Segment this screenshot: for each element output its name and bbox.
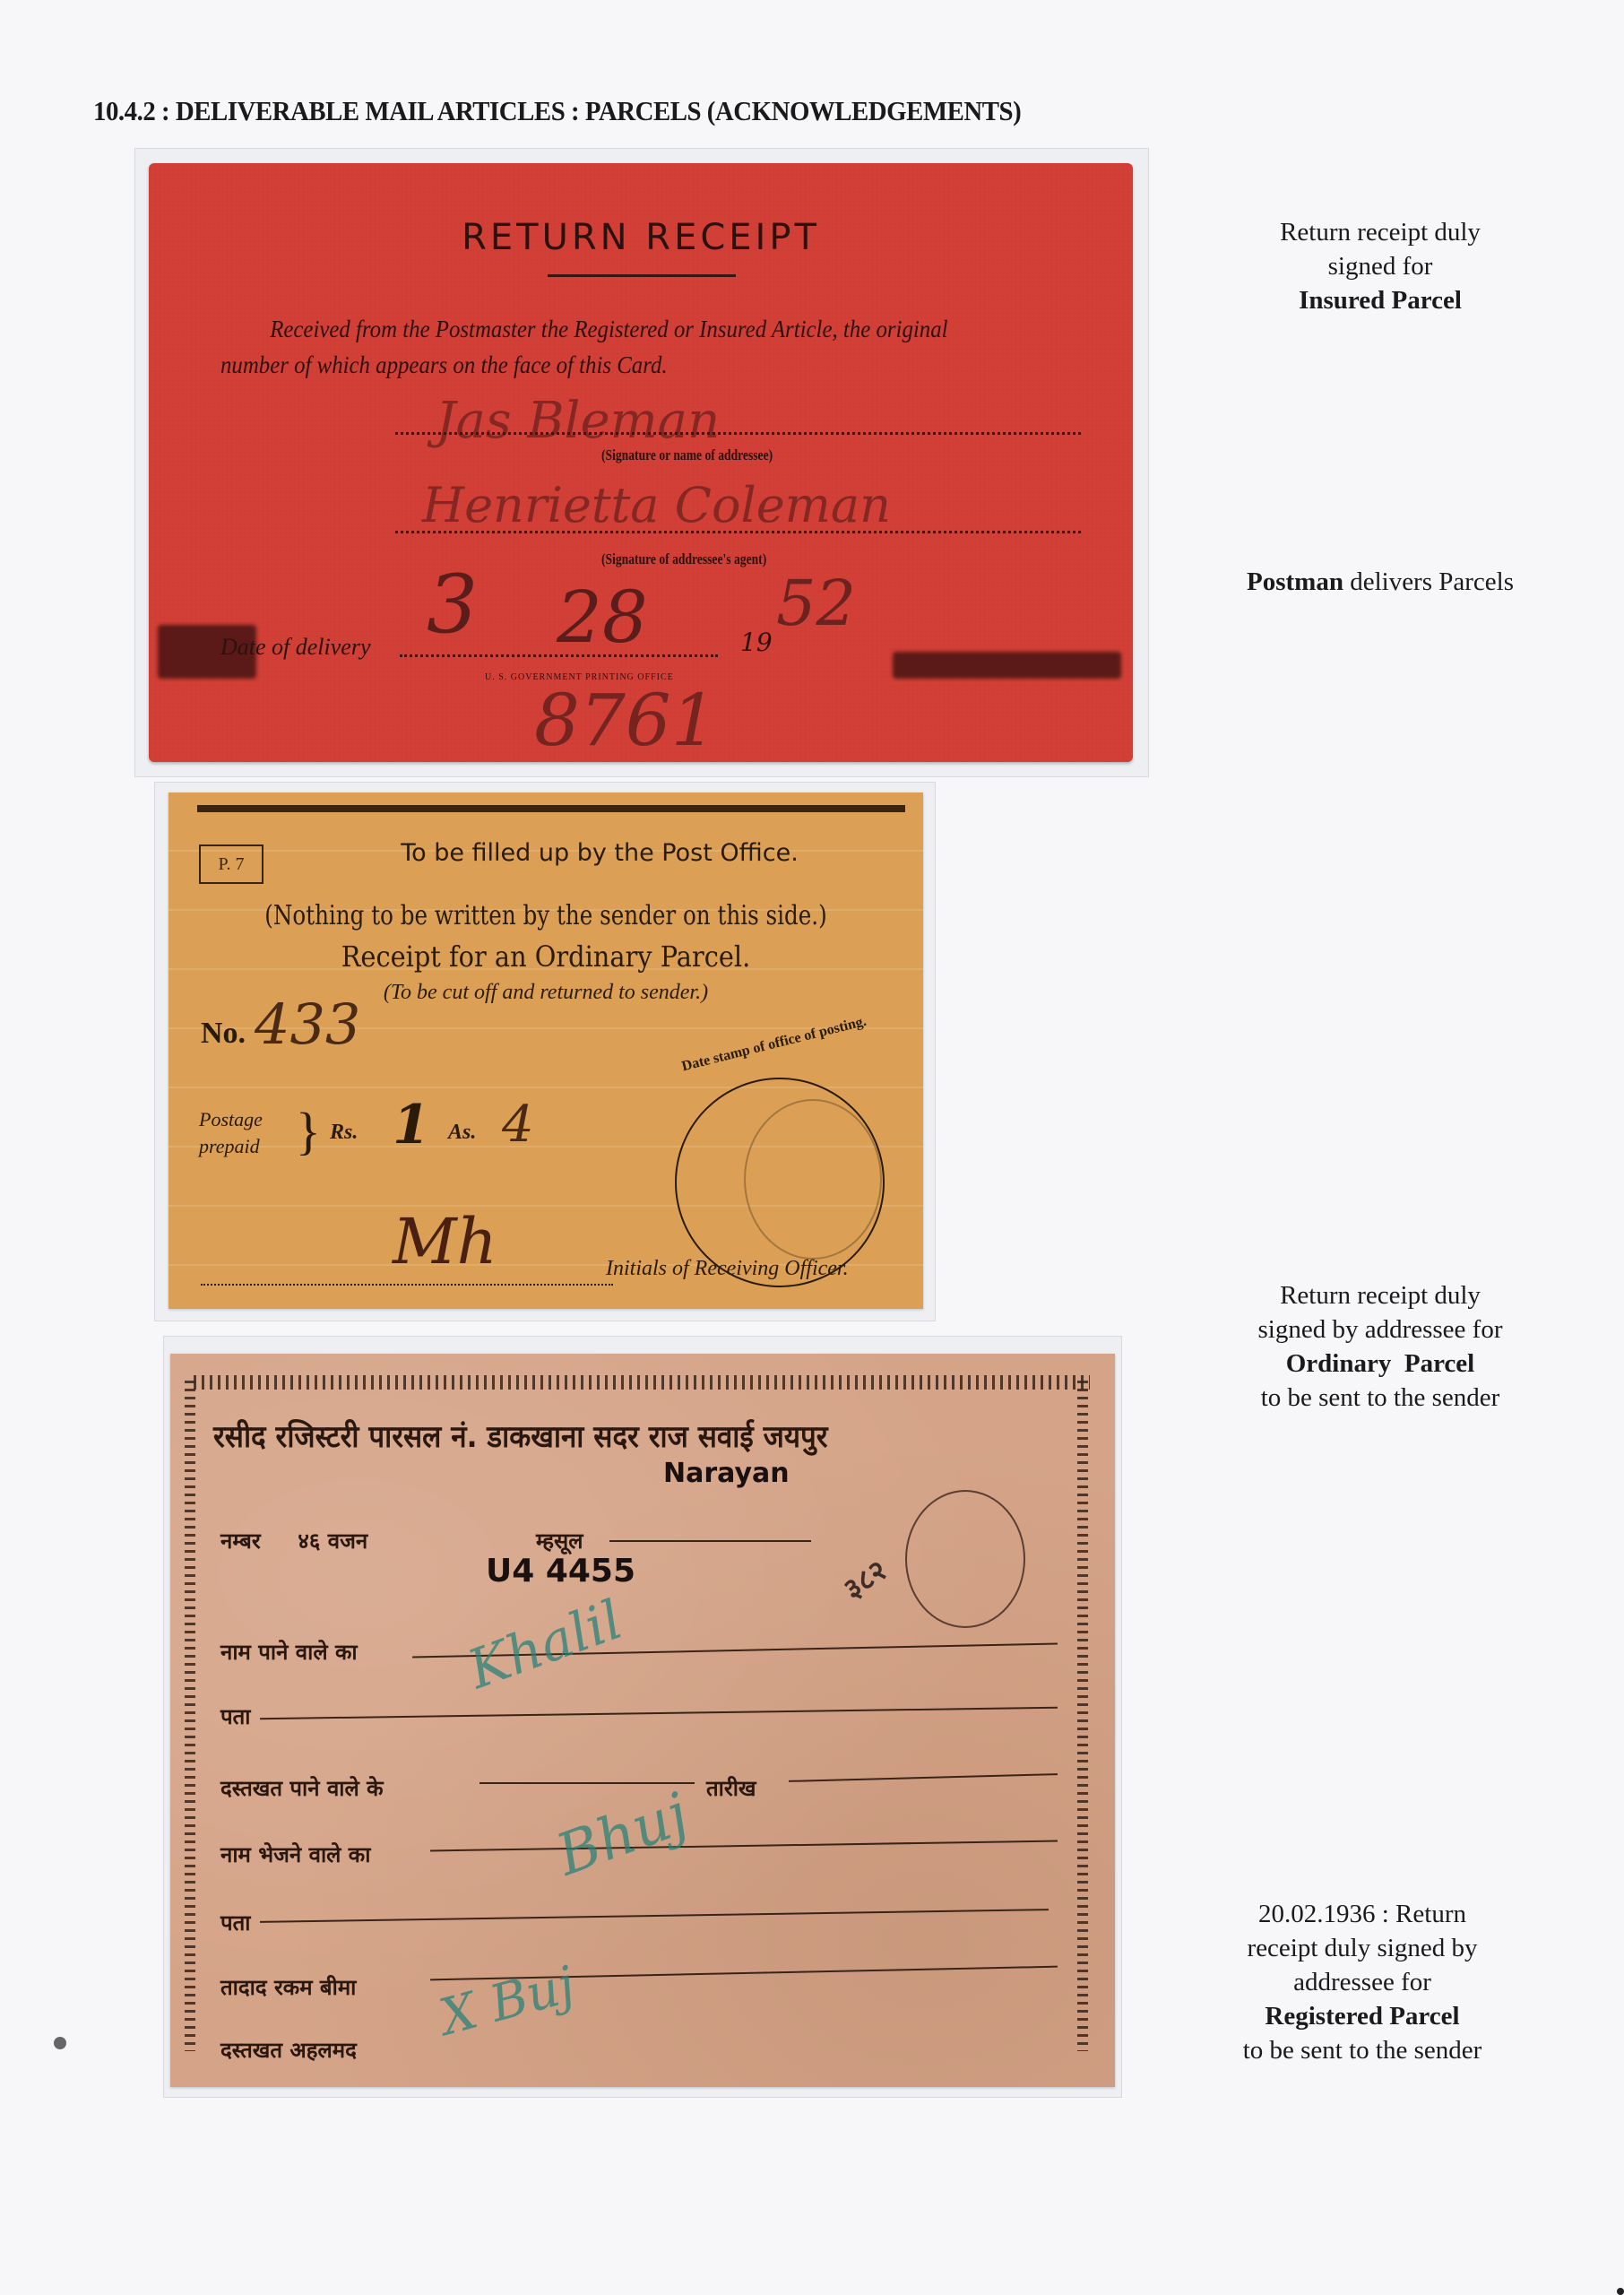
stamp-number: ३८२ <box>835 1551 894 1608</box>
speck <box>54 2037 66 2049</box>
officer-initials-signature: Mh <box>393 1205 497 1278</box>
receipt-heading: रसीद रजिस्टरी पारसल नं. डाकखाना सदर राज … <box>213 1415 828 1456</box>
ordinary-parcel-description: Return receipt duly signed by addressee … <box>1192 1278 1568 1415</box>
speck <box>1617 2288 1624 2295</box>
field-line <box>479 1782 695 1784</box>
date-month: 3 <box>427 558 478 652</box>
receipt-notice: (Nothing to be written by the sender on … <box>237 900 855 931</box>
number-label: No. <box>201 1017 246 1051</box>
green-ink-writing: Bhuj <box>549 1781 697 1890</box>
agent-line <box>395 531 1081 533</box>
card-body-text: Received from the Postmaster the Registe… <box>220 311 1012 383</box>
green-ink-writing: Khalil <box>460 1589 630 1702</box>
registered-parcel-receipt-card: रसीद रजिस्टरी पारसल नं. डाकखाना सदर राज … <box>170 1354 1115 2087</box>
field-sender-name: नाम भेजने वाले का <box>220 1840 370 1869</box>
agent-signature: Henrietta Coleman <box>422 477 891 533</box>
rupees-value: 1 <box>393 1094 430 1156</box>
charge-label: म्हसूल <box>536 1526 583 1555</box>
field-sender-address: पता <box>220 1908 251 1937</box>
receipt-title: Receipt for an Ordinary Parcel. <box>206 940 885 974</box>
field-recipient-name: नाम पाने वाले का <box>220 1637 358 1667</box>
title-rule <box>548 274 736 277</box>
postmark <box>744 1099 882 1260</box>
initials-line <box>201 1284 613 1286</box>
postman-description: Postman delivers Parcels <box>1183 565 1577 599</box>
signature-caption: (Signature or name of addressee) <box>601 446 773 464</box>
card-title: RETURN RECEIPT <box>149 217 1133 258</box>
postage-label: Postage prepaid <box>199 1106 263 1160</box>
handwritten-place: Narayan <box>663 1458 790 1489</box>
receipt-instruction: To be filled up by the Post Office. <box>168 839 923 867</box>
field-insured-amount: तादाद रकम बीमा <box>220 1972 356 2002</box>
rupees-label: Rs. <box>330 1121 358 1145</box>
registered-parcel-description: 20.02.1936 : Return receipt duly signed … <box>1183 1897 1542 2067</box>
signature-line <box>395 432 1081 435</box>
field-line <box>789 1773 1058 1782</box>
page-title: 10.4.2 : DELIVERABLE MAIL ARTICLES : PAR… <box>93 95 1021 127</box>
insured-parcel-description: Return receipt duly signed for Insured P… <box>1201 215 1559 317</box>
field-line <box>430 1840 1058 1852</box>
cancel-smudge-right <box>893 652 1121 679</box>
year-prefix: 19 <box>740 628 773 657</box>
return-receipt-card: RETURN RECEIPT Received from the Postmas… <box>149 163 1133 762</box>
ornamental-border <box>185 1381 195 2051</box>
ornamental-border <box>194 1375 1090 1390</box>
field-line <box>260 1909 1049 1923</box>
addressee-signature: Jas Bleman <box>436 392 720 450</box>
printed-rule <box>197 805 905 812</box>
date-of-delivery-label: Date of delivery <box>220 634 371 661</box>
date-day: 28 <box>557 576 648 659</box>
field-line <box>260 1707 1058 1719</box>
handwritten-code: U4 4455 <box>486 1553 635 1589</box>
number-label: नम्बर ४६ वजन <box>220 1526 367 1555</box>
agent-caption: (Signature of addressee's agent) <box>601 550 766 568</box>
ornamental-border <box>1077 1381 1088 2051</box>
ordinary-parcel-receipt-card: P. 7 To be filled up by the Post Office.… <box>168 792 923 1309</box>
receipt-number: 433 <box>255 992 360 1057</box>
initials-label: Initials of Receiving Officer. <box>606 1257 849 1281</box>
year-suffix: 52 <box>776 567 856 640</box>
field-recipient-address: पता <box>220 1702 251 1731</box>
annas-label: As. <box>448 1121 476 1145</box>
green-ink-signature: X Buj <box>434 1955 581 2047</box>
postmark <box>905 1490 1025 1628</box>
handwritten-number: 8761 <box>534 679 717 762</box>
annas-value: 4 <box>502 1096 534 1154</box>
field-recipient-signature: दस्तखत पाने वाले के <box>220 1773 384 1803</box>
field-date: तारीख <box>706 1773 756 1803</box>
charge-line <box>609 1540 811 1542</box>
brace: } <box>296 1103 321 1160</box>
field-clerk-signature: दस्तखत अहलमद <box>220 2035 357 2065</box>
date-stamp-label: Date stamp of office of posting. <box>680 1014 868 1076</box>
